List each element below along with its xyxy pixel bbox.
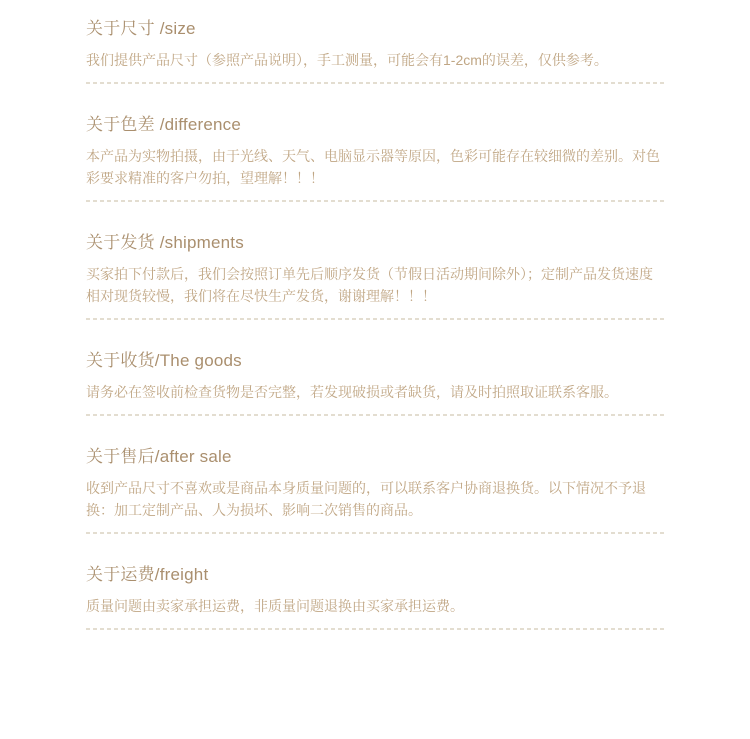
section-after-sale-body: 收到产品尺寸不喜欢或是商品本身质量问题的，可以联系客户协商退换货。以下情况不予退… [86,477,666,521]
section-size-title: 关于尺寸 /size [86,18,668,40]
section-goods: 关于收货/The goods 请务必在签收前检查货物是否完整，若发现破损或者缺货… [86,350,668,416]
section-freight-body: 质量问题由卖家承担运费，非质量问题退换由买家承担运费。 [86,595,666,617]
section-size-body: 我们提供产品尺寸（参照产品说明），手工测量，可能会有1-2cm的误差，仅供参考。 [86,49,666,71]
section-shipments: 关于发货 /shipments 买家拍下付款后，我们会按照订单先后顺序发货（节假… [86,232,668,320]
dashed-divider [86,82,666,84]
product-policy-page: 关于尺寸 /size 我们提供产品尺寸（参照产品说明），手工测量，可能会有1-2… [0,0,750,630]
section-shipments-title: 关于发货 /shipments [86,232,668,254]
section-size: 关于尺寸 /size 我们提供产品尺寸（参照产品说明），手工测量，可能会有1-2… [86,18,668,84]
dashed-divider [86,414,666,416]
dashed-divider [86,318,666,320]
section-freight-title: 关于运费/freight [86,564,668,586]
section-difference: 关于色差 /difference 本产品为实物拍摄，由于光线、天气、电脑显示器等… [86,114,668,202]
dashed-divider [86,532,666,534]
section-difference-body: 本产品为实物拍摄，由于光线、天气、电脑显示器等原因，色彩可能存在较细微的差别。对… [86,145,666,189]
section-goods-title: 关于收货/The goods [86,350,668,372]
section-after-sale: 关于售后/after sale 收到产品尺寸不喜欢或是商品本身质量问题的，可以联… [86,446,668,534]
section-shipments-body: 买家拍下付款后，我们会按照订单先后顺序发货（节假日活动期间除外）；定制产品发货速… [86,263,666,307]
dashed-divider [86,200,666,202]
dashed-divider [86,628,666,630]
section-difference-title: 关于色差 /difference [86,114,668,136]
section-goods-body: 请务必在签收前检查货物是否完整，若发现破损或者缺货，请及时拍照取证联系客服。 [86,381,666,403]
section-freight: 关于运费/freight 质量问题由卖家承担运费，非质量问题退换由买家承担运费。 [86,564,668,630]
section-after-sale-title: 关于售后/after sale [86,446,668,468]
